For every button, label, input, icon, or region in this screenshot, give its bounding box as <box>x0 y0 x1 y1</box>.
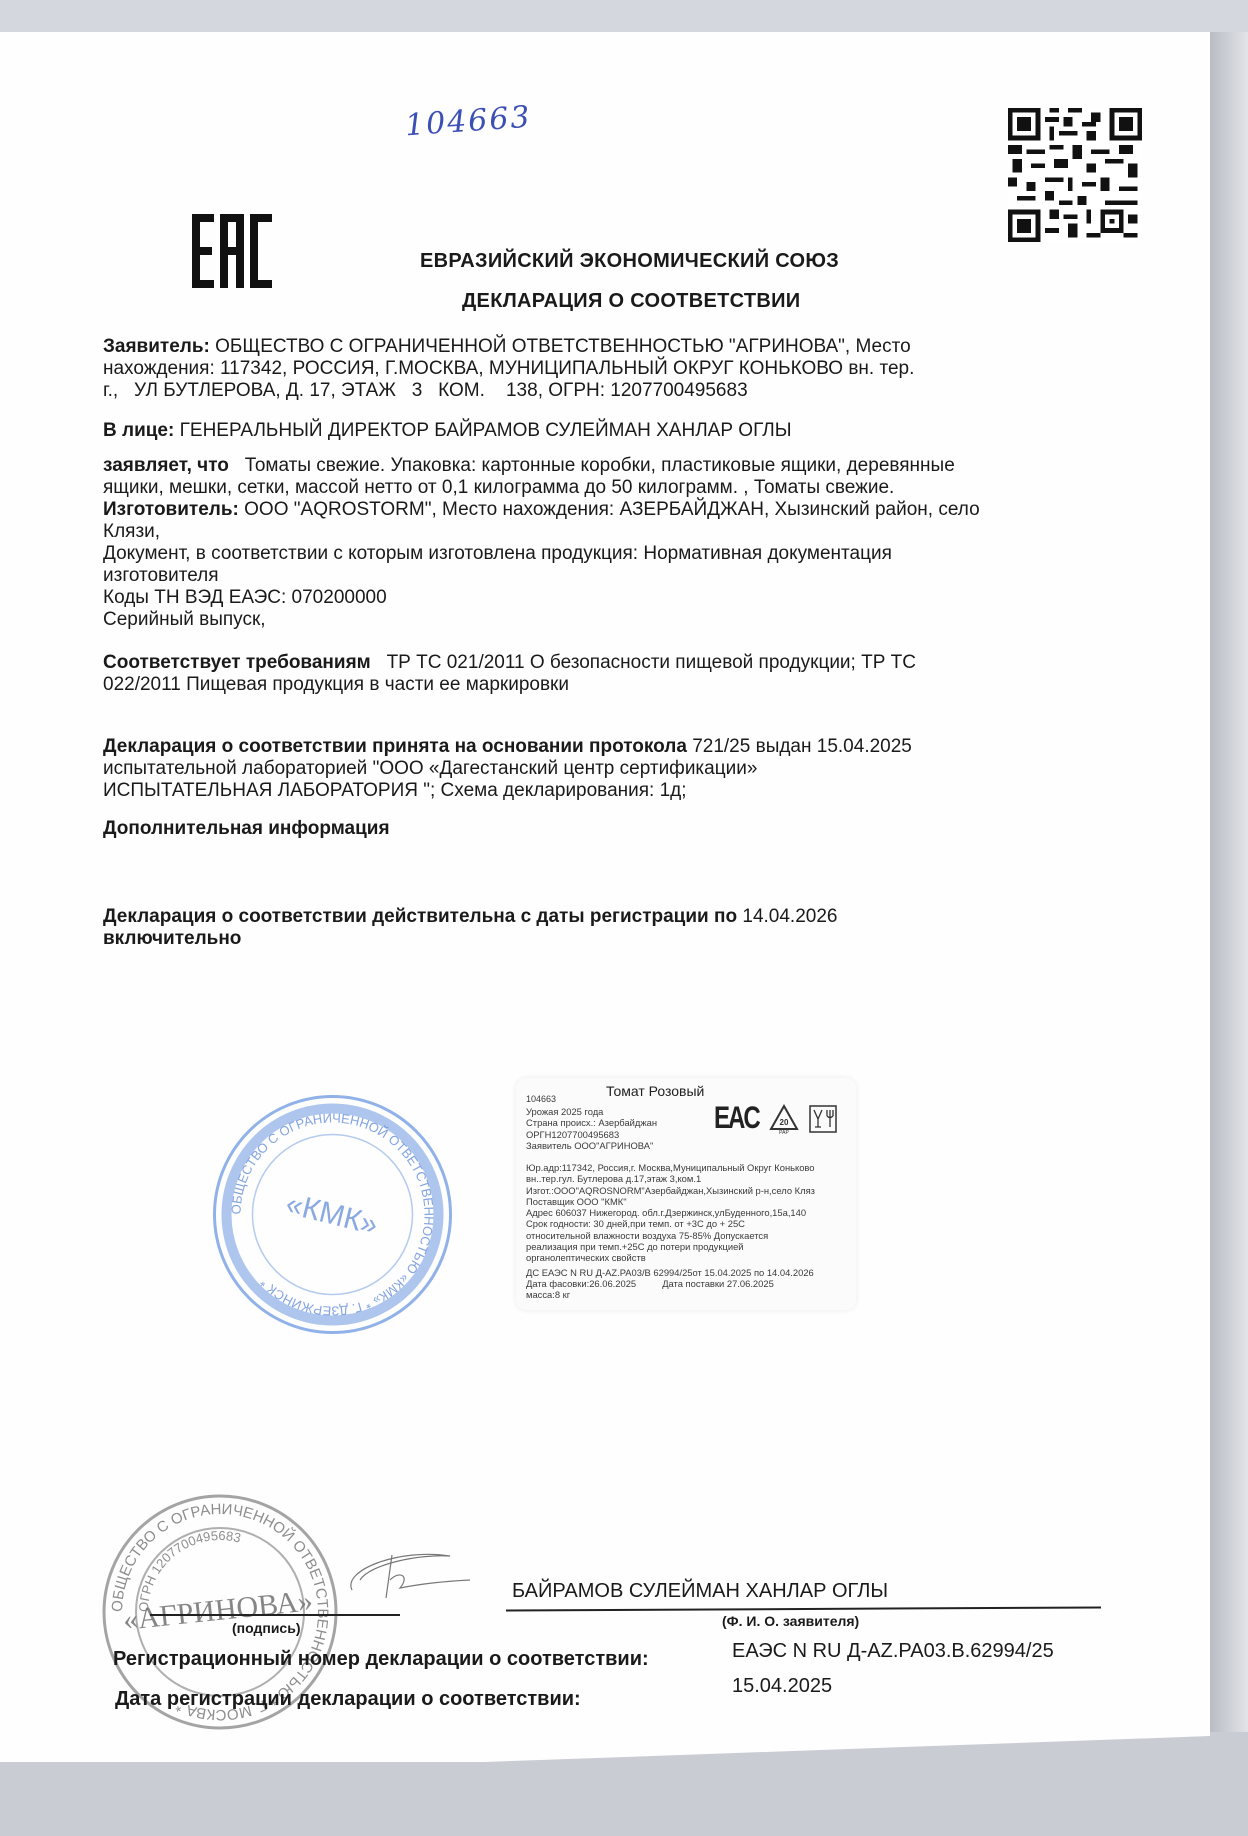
represented-by-label: В лице: <box>103 420 174 441</box>
additional-info-section: Дополнительная информация <box>103 818 1063 840</box>
validity-date: 14.04.2026 <box>742 906 837 927</box>
manufacturer-line1: ООО "AQROSTORM", Место нахождения: АЗЕРБ… <box>244 499 980 520</box>
declares-line1: Томаты свежие. Упаковка: картонные короб… <box>245 455 955 476</box>
label-line: органолептических свойств <box>526 1252 856 1263</box>
signature-icon <box>340 1540 480 1610</box>
label-line: Изгот.:ООО"AQROSNORM"Азербайджан,Хызинск… <box>526 1185 856 1196</box>
validity-label: Декларация о соответствии действительна … <box>103 906 737 927</box>
additional-info-label: Дополнительная информация <box>103 818 390 839</box>
label-line: реализация при темп.+25С до потери проду… <box>526 1241 856 1252</box>
scan-background-top <box>0 0 1248 34</box>
requirements-line1: ТР ТС 021/2011 О безопасности пищевой пр… <box>387 652 916 673</box>
applicant-line1: ОБЩЕСТВО С ОГРАНИЧЕННОЙ ОТВЕТСТВЕННОСТЬЮ… <box>215 336 911 357</box>
name-caption: (Ф. И. О. заявителя) <box>722 1613 859 1629</box>
manufacturer-line2: Клязи, <box>103 521 1063 543</box>
label-line: вн..тер.гул. Бутлерова д.17,этаж 3,ком.1 <box>526 1173 856 1184</box>
label-line: относительной влажности воздуха 75-85% Д… <box>526 1230 856 1241</box>
label-line: Дата фасовки:26.06.2025 Дата поставки 27… <box>526 1278 856 1289</box>
protocol-section: Декларация о соответствии принята на осн… <box>103 736 1063 802</box>
document-title: ДЕКЛАРАЦИЯ О СООТВЕТСТВИИ <box>462 290 800 313</box>
applicant-line2: нахождения: 117342, РОССИЯ, Г.МОСКВА, МУ… <box>103 358 1063 380</box>
validity-section: Декларация о соответствии действительна … <box>103 906 1063 950</box>
validity-suffix: включительно <box>103 928 241 949</box>
registration-number-value: ЕАЭС N RU Д-AZ.PA03.B.62994/25 <box>732 1640 1054 1663</box>
applicant-label: Заявитель: <box>103 336 210 357</box>
scan-background-right <box>1210 32 1248 1732</box>
eac-logo-icon <box>188 210 274 292</box>
registration-date-label: Дата регистрации декларации о соответств… <box>115 1688 581 1711</box>
recycle-icon: 20 PAP <box>769 1104 799 1134</box>
svg-text:20: 20 <box>779 1118 788 1127</box>
union-title: ЕВРАЗИЙСКИЙ ЭКОНОМИЧЕСКИЙ СОЮЗ <box>420 250 839 273</box>
product-label: 104663 Томат Розовый Урожая 2025 года Ст… <box>516 1078 856 1310</box>
label-line: ДС ЕАЭС N RU Д-AZ.PA03/B 62994/25от 15.0… <box>526 1267 856 1278</box>
label-icons: EAC 20 PAP <box>714 1104 837 1134</box>
food-contact-icon <box>809 1105 837 1133</box>
label-line: Поставщик ООО "КМК" <box>526 1196 856 1207</box>
manufacturer-label: Изготовитель: <box>103 499 239 520</box>
document-basis-line1: Документ, в соответствии с которым изгот… <box>103 543 1063 565</box>
represented-by-value: ГЕНЕРАЛЬНЫЙ ДИРЕКТОР БАЙРАМОВ СУЛЕЙМАН Х… <box>180 420 792 441</box>
qr-code-icon[interactable] <box>1008 108 1142 242</box>
label-title: Томат Розовый <box>606 1086 704 1097</box>
registration-date-value: 15.04.2025 <box>732 1675 832 1698</box>
kmk-stamp: ОБЩЕСТВО С ОГРАНИЧЕННОЙ ОТВЕТСТВЕННОСТЬЮ… <box>210 1092 455 1337</box>
label-line: Заявитель ООО"АГРИНОВА" <box>526 1140 856 1151</box>
applicant-line3: г., УЛ БУТЛЕРОВА, Д. 17, ЭТАЖ 3 КОМ. 138… <box>103 380 1063 402</box>
document-basis-line2: изготовителя <box>103 565 1063 587</box>
svg-text:PAP: PAP <box>779 1130 789 1134</box>
signature-line <box>150 1614 400 1616</box>
declares-label: заявляет, что <box>103 455 229 476</box>
declares-section: заявляет, что Томаты свежие. Упаковка: к… <box>103 455 1063 631</box>
protocol-line1: 721/25 выдан 15.04.2025 <box>692 736 912 757</box>
tn-ved-code: Коды ТН ВЭД ЕАЭС: 070200000 <box>103 587 1063 609</box>
protocol-line2: испытательной лабораторией "ООО «Дагеста… <box>103 758 1063 780</box>
protocol-label: Декларация о соответствии принята на осн… <box>103 736 687 757</box>
signatory-name: БАЙРАМОВ СУЛЕЙМАН ХАНЛАР ОГЛЫ <box>512 1580 888 1603</box>
requirements-section: Соответствует требованиям ТР ТС 021/2011… <box>103 652 1063 696</box>
represented-by-section: В лице: ГЕНЕРАЛЬНЫЙ ДИРЕКТОР БАЙРАМОВ СУ… <box>103 420 1063 442</box>
declares-line2: ящики, мешки, сетки, массой нетто от 0,1… <box>103 477 1063 499</box>
label-line: масса:8 кг <box>526 1289 856 1300</box>
kmk-stamp-center-text: «КМК» <box>283 1187 382 1242</box>
label-eac-icon: EAC <box>714 1112 759 1127</box>
requirements-label: Соответствует требованиям <box>103 652 371 673</box>
label-line: Юр.адр:117342, Россия,г. Москва,Муниципа… <box>526 1162 856 1173</box>
label-number: 104663 <box>526 1094 556 1105</box>
applicant-section: Заявитель: ОБЩЕСТВО С ОГРАНИЧЕННОЙ ОТВЕТ… <box>103 336 1063 402</box>
protocol-line3: ИСПЫТАТЕЛЬНАЯ ЛАБОРАТОРИЯ "; Схема декла… <box>103 780 1063 802</box>
registration-number-label: Регистрационный номер декларации о соотв… <box>113 1648 649 1671</box>
serial-release: Серийный выпуск, <box>103 609 1063 631</box>
requirements-line2: 022/2011 Пищевая продукция в части ее ма… <box>103 674 1063 696</box>
signature-caption: (подпись) <box>232 1620 301 1636</box>
label-line: Адрес 606037 Нижегород. обл.г.Дзержинск,… <box>526 1207 856 1218</box>
label-line: Срок годности: 30 дней,при темп. от +3С … <box>526 1218 856 1229</box>
label-lines-bottom: Юр.адр:117342, Россия,г. Москва,Муниципа… <box>526 1162 856 1301</box>
